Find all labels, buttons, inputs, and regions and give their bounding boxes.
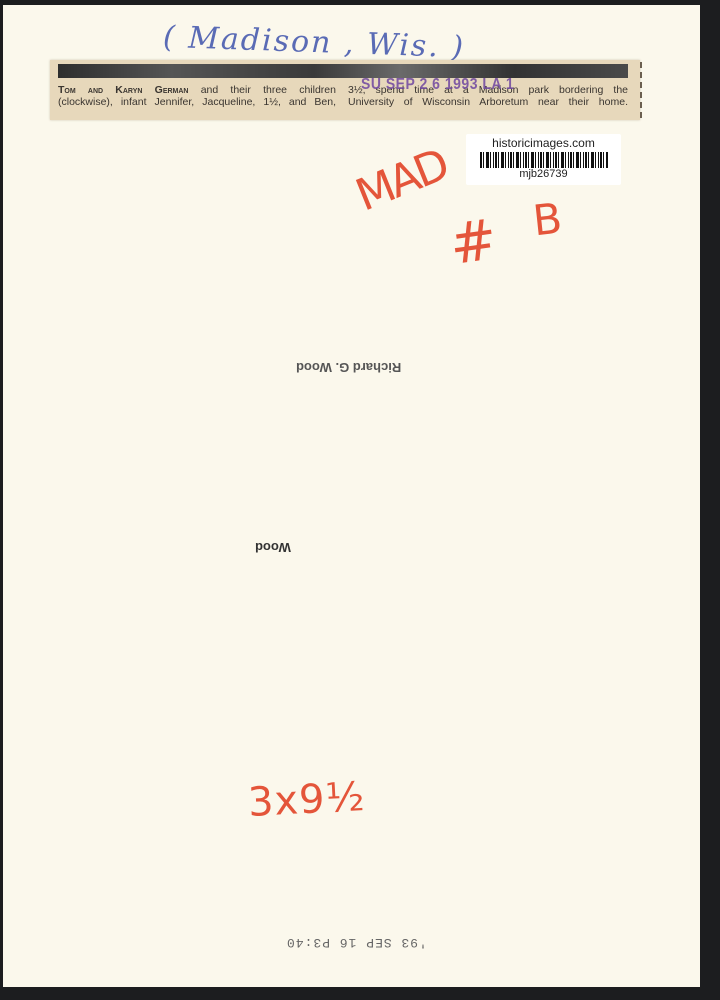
caption-left-line-1: Tom and Karyn German and their three chi… <box>58 84 336 96</box>
newspaper-caption-clipping: Tom and Karyn German and their three chi… <box>50 60 640 120</box>
handwritten-location: ( Madison , Wis. ) <box>162 20 465 66</box>
photographer-stamp-partial: Wood <box>255 540 291 555</box>
caption-left-line-2: (clockwise), infant Jennifer, Jacqueline… <box>58 96 336 108</box>
red-mark-size: 3x9½ <box>247 774 367 826</box>
date-stamp: SU SEP 2 6 1993 LA 1 <box>361 74 514 92</box>
caption-lead-names: Tom and Karyn German <box>58 84 188 96</box>
caption-left-line-1-rest: and their three children <box>188 84 336 96</box>
clipping-torn-edge <box>640 62 644 118</box>
caption-left-column: Tom and Karyn German and their three chi… <box>58 84 336 108</box>
caption-right-line-2: University of Wisconsin Arboretum near t… <box>348 96 628 108</box>
barcode-site-text: historicimages.com <box>466 137 621 150</box>
photo-back-paper: ( Madison , Wis. ) Tom and Karyn German … <box>3 5 700 987</box>
barcode-icon <box>480 152 608 168</box>
barcode-id-text: mjb26739 <box>466 168 621 181</box>
received-date-stamp: '93 SEP 16 P3:40 <box>286 935 427 950</box>
red-mark-hash: # <box>446 207 502 278</box>
red-mark-letter: B <box>531 194 565 246</box>
barcode-label: historicimages.com mjb26739 <box>466 134 621 185</box>
red-mark-mad: MAD <box>349 139 454 221</box>
photographer-stamp: Richard G. Wood <box>296 360 401 375</box>
clipping-halftone-bar <box>58 64 628 78</box>
